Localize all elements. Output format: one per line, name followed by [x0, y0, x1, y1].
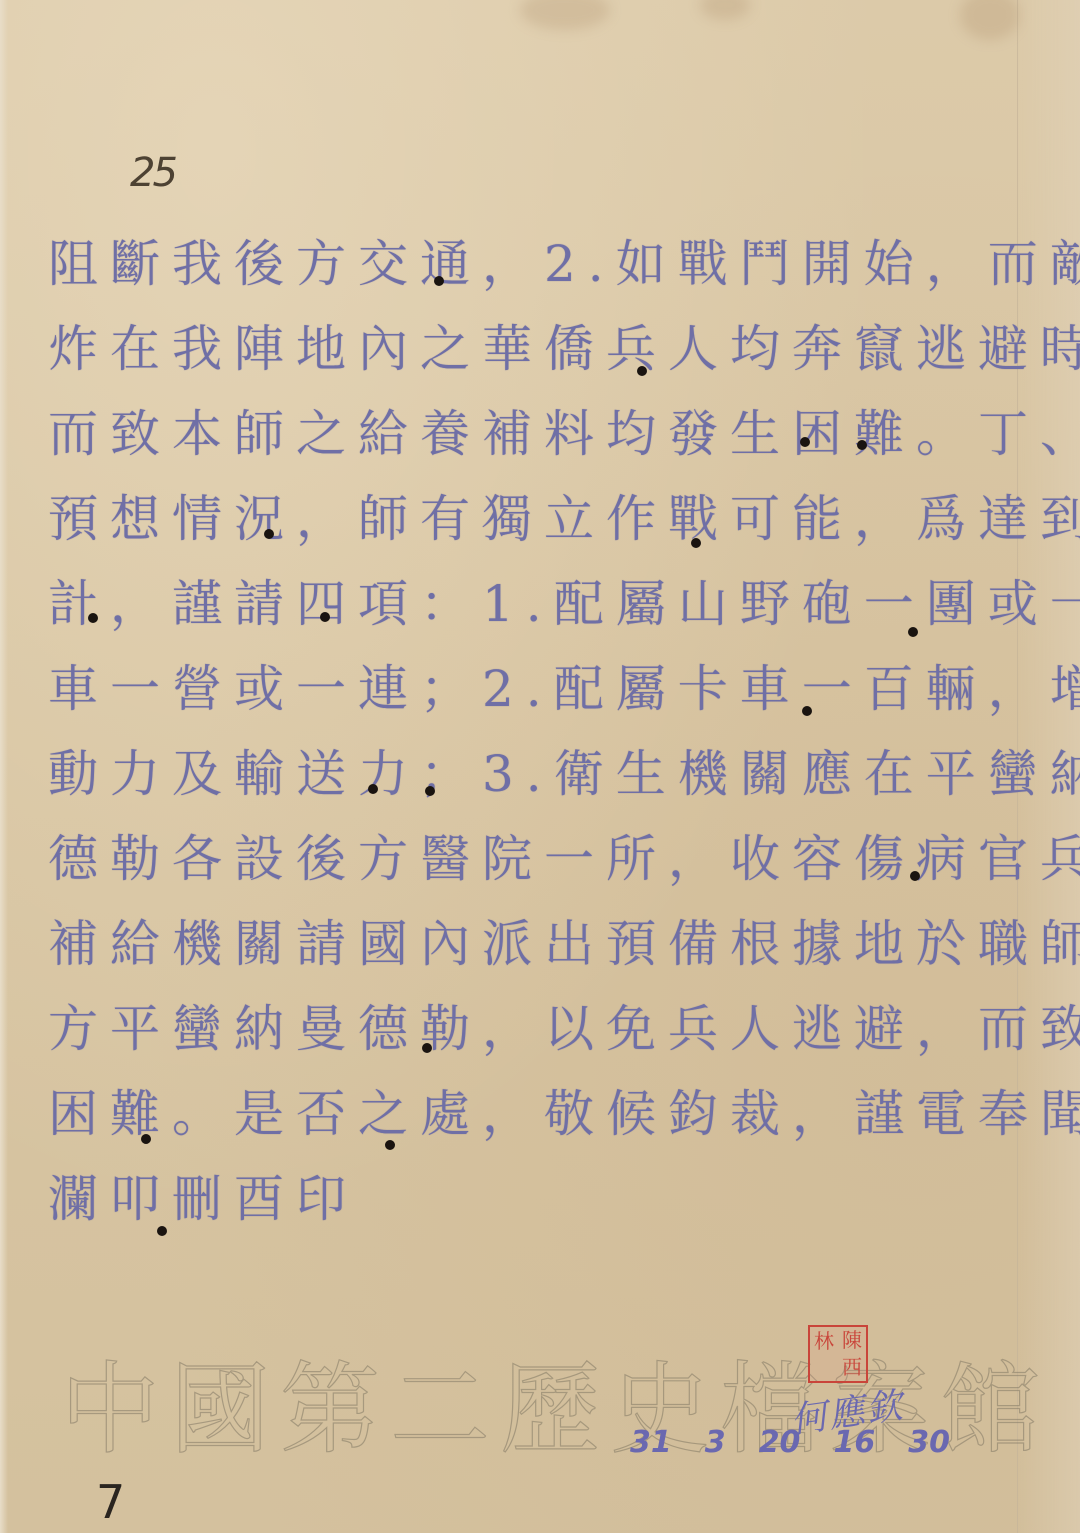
red-seal-stamp: 陳 西 林: [808, 1325, 868, 1383]
text-line: 炸在我陣地內之華僑兵人均奔竄逃避時，: [48, 307, 978, 392]
seal-char: 陳: [838, 1327, 866, 1354]
text-line: 計，謹請四項：1.配屬山野砲一團或一營，戰: [48, 562, 978, 647]
text-line: 瀾叩刪酉印: [48, 1157, 978, 1242]
watermark-char: 中: [60, 1355, 160, 1465]
text-line: 困難。是否之處，敬候鈞裁，謹電奉聞，職戴安: [48, 1072, 978, 1157]
ink-punctuation-dot: [910, 871, 920, 881]
text-line: 德勒各設後方醫院一所，收容傷病官兵；4.: [48, 817, 978, 902]
ink-punctuation-dot: [385, 1140, 395, 1150]
date-year: 31: [630, 1425, 672, 1460]
date-month: 3: [705, 1425, 726, 1460]
text-line: 阻斷我後方交通，2.如戰鬥開始，而敵機轟: [48, 222, 978, 307]
date-minute: 30: [908, 1425, 950, 1460]
paper-stain: [520, 0, 610, 30]
text-line: 補給機關請國內派出預備根據地於職師後: [48, 902, 978, 987]
paper-stain: [700, 0, 750, 20]
watermark-char: 第: [280, 1355, 380, 1465]
date-hour: 16: [833, 1425, 875, 1460]
ink-punctuation-dot: [434, 276, 444, 286]
ink-punctuation-dot: [264, 529, 274, 539]
seal-char: 西: [838, 1354, 866, 1381]
ink-punctuation-dot: [691, 538, 701, 548]
ink-punctuation-dot: [800, 437, 810, 447]
text-line: 方平蠻納曼德勒，以免兵人逃避，而致給養: [48, 987, 978, 1072]
ink-punctuation-dot: [368, 784, 378, 794]
page-number: 25: [130, 150, 175, 196]
date-time-line: 31 3 20 16 30: [630, 1425, 950, 1460]
telegram-body: 阻斷我後方交通，2.如戰鬥開始，而敵機轟 炸在我陣地內之華僑兵人均奔竄逃避時， …: [48, 222, 978, 1242]
ink-punctuation-dot: [857, 440, 867, 450]
seal-char: 林: [810, 1327, 838, 1381]
ink-punctuation-dot: [157, 1226, 167, 1236]
ink-punctuation-dot: [422, 1043, 432, 1053]
bottom-corner-mark: 7: [96, 1475, 125, 1529]
text-line: 預想情況，師有獨立作戰可能，爲達到任務: [48, 477, 978, 562]
watermark-char: 國: [170, 1355, 270, 1465]
text-line: 車一營或一連；2.配屬卡車一百輛，增強機: [48, 647, 978, 732]
ink-punctuation-dot: [637, 366, 647, 376]
ink-punctuation-dot: [88, 613, 98, 623]
ink-punctuation-dot: [802, 706, 812, 716]
paper-left-edge: [0, 0, 8, 1533]
ink-punctuation-dot: [141, 1134, 151, 1144]
document-page: 25 阻斷我後方交通，2.如戰鬥開始，而敵機轟 炸在我陣地內之華僑兵人均奔竄逃避…: [0, 0, 1080, 1533]
text-line: 而致本師之給養補料均發生困難。丁、上述: [48, 392, 978, 477]
paper-stain: [960, 0, 1020, 40]
ink-punctuation-dot: [908, 627, 918, 637]
watermark-char: 館: [940, 1355, 1040, 1465]
ink-punctuation-dot: [425, 786, 435, 796]
ink-punctuation-dot: [320, 612, 330, 622]
watermark-char: 歷: [500, 1355, 600, 1465]
date-day: 20: [759, 1425, 801, 1460]
text-line: 動力及輸送力；3.衛生機關應在平蠻納曼: [48, 732, 978, 817]
watermark-char: 二: [390, 1355, 490, 1465]
